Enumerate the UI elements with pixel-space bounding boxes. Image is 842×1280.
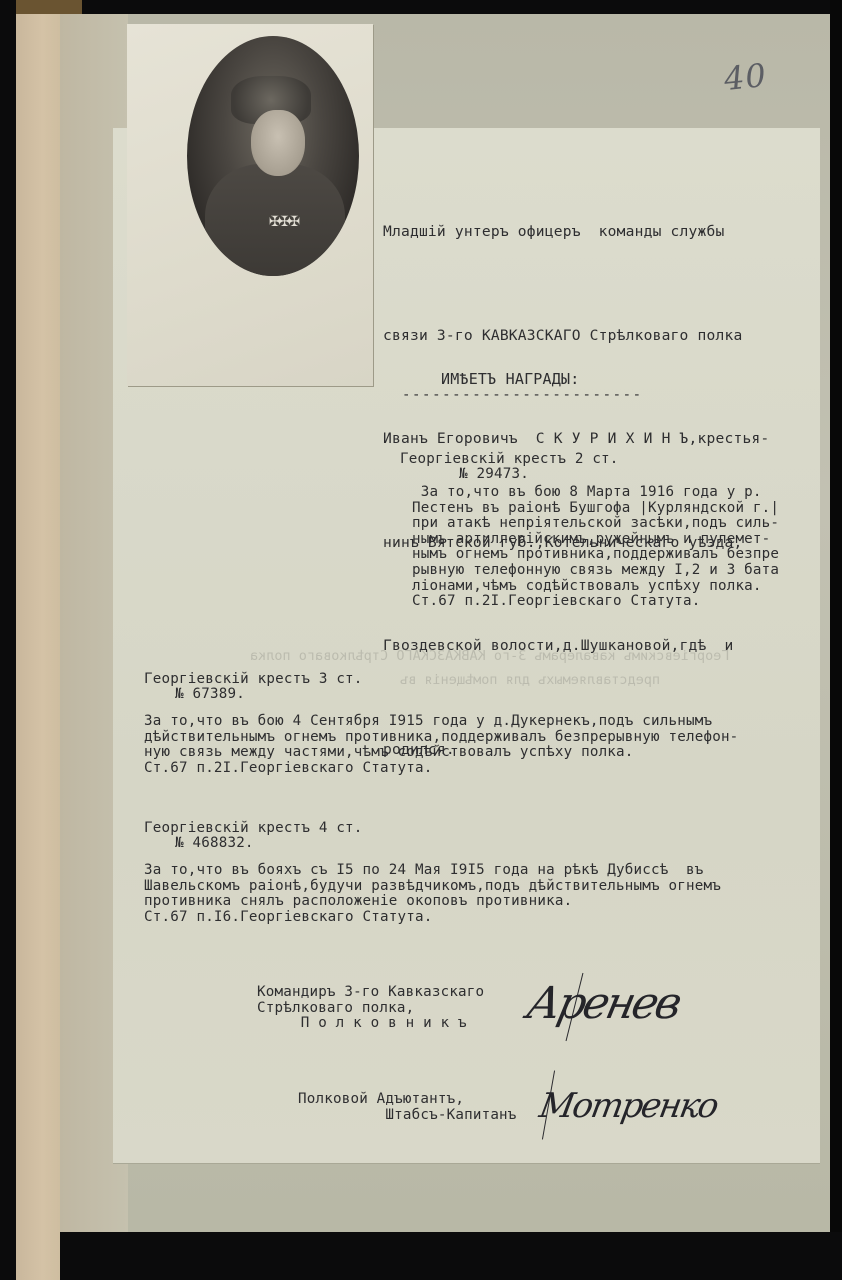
intro-line: связи 3-го КАВКАЗСКАГО Стрѣлковаго полка — [383, 319, 769, 354]
award-citation: За то,что въ бою 8 Марта 1916 года у р. … — [412, 485, 779, 610]
commander-title: Командиръ 3-го Кавказскаго Стрѣлковаго п… — [257, 985, 484, 1032]
handwritten-page-number: 40 — [722, 56, 768, 98]
bleed-through-text: представляемыхъ для помѣщенія въ — [400, 672, 660, 688]
folder-tab — [16, 0, 82, 14]
scan-border-bottom — [60, 1232, 842, 1280]
award-citation: За то,что въ бою 4 Сентября I915 года у … — [144, 714, 738, 776]
award-number: № 67389. — [175, 687, 245, 703]
award-citation: За то,что въ бояхъ съ I5 по 24 Мая I9I5 … — [144, 863, 721, 925]
adjutant-title: Полковой Адъютантъ, Штабсъ-Капитанъ — [298, 1092, 517, 1123]
soldier-portrait: ✠✠✠ — [187, 36, 359, 276]
photo-card: ✠✠✠ — [127, 24, 373, 386]
scan-border-right — [830, 0, 842, 1280]
awards-divider: ------------------------ — [402, 388, 643, 404]
intro-line: Младшій унтеръ офицеръ команды службы — [383, 215, 769, 250]
awards-heading: ИМѢЕТЪ НАГРАДЫ: — [441, 372, 579, 388]
award-number: № 29473. — [459, 467, 529, 483]
award-number: № 468832. — [175, 836, 254, 852]
commander-signature: Аренев — [523, 978, 684, 1029]
bleed-through-text: Георгіевскимъ кавалерамъ 3-го КАВКАЗСКАГ… — [250, 648, 730, 664]
face — [251, 110, 305, 176]
adjutant-signature: Мотренко — [536, 1086, 720, 1126]
soldier-identification: Младшій унтеръ офицеръ команды службы св… — [383, 146, 769, 802]
folder-cover-edge — [16, 0, 64, 1280]
st-george-crosses-icon: ✠✠✠ — [269, 214, 298, 230]
